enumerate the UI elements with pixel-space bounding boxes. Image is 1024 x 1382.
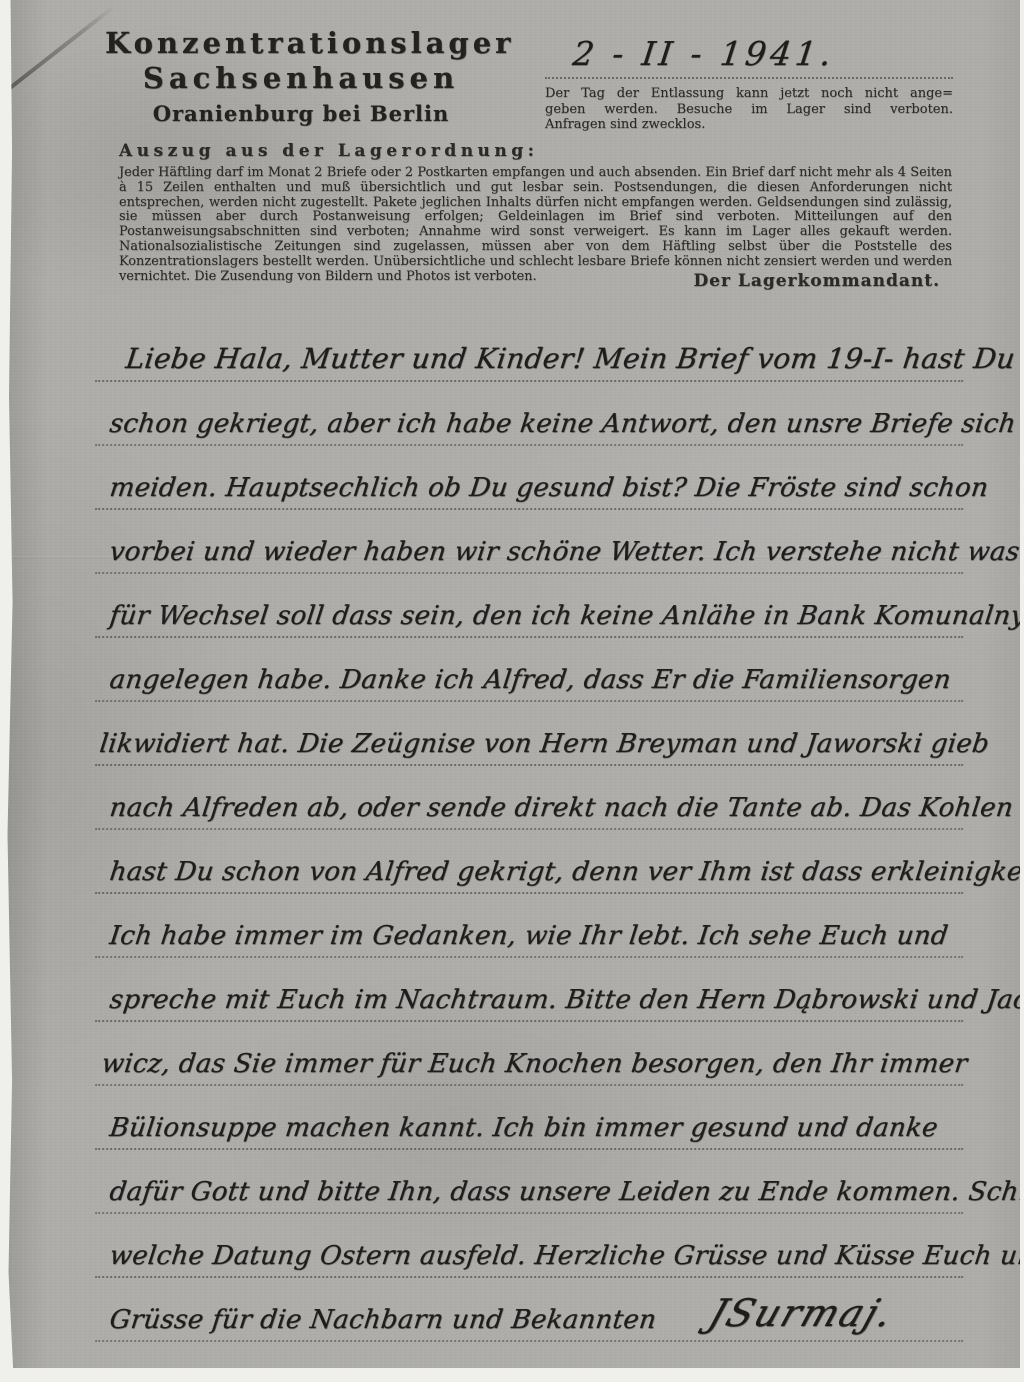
handwritten-date: 2 - II - 1941. [571,34,838,73]
handwritten-line: für Wechsel soll dass sein, den ich kein… [95,574,971,638]
date-rule-line: 2 - II - 1941. [545,34,953,79]
scanned-letter-page: Konzentrationslager Sachsenhausen Oranie… [7,0,1020,1368]
camp-regulations-section: Auszug aus der Lagerordnung: Jeder Häftl… [119,141,952,291]
handwritten-line: dafür Gott und bitte Ihn, dass unsere Le… [95,1150,971,1214]
handwritten-line: nach Alfreden ab, oder sende direkt nach… [95,766,971,830]
letterhead-camp-line2: Sachsenhausen [105,61,497,95]
handwritten-closing-line: Grüsse für die Nachbarn und Bekannten JS… [95,1278,971,1342]
handwritten-line: Ich habe immer im Gedanken, wie Ihr lebt… [95,894,971,958]
handwritten-line: meiden. Hauptsechlich ob Du gesund bist?… [95,446,971,510]
letterhead-location: Oranienburg bei Berlin [105,101,497,126]
handwritten-line: schon gekriegt, aber ich habe keine Antw… [95,382,971,446]
handwritten-line: Liebe Hala, Mutter und Kinder! Mein Brie… [95,318,971,382]
sender-signature: JSurmaj. [704,1291,901,1335]
date-and-notice-block: 2 - II - 1941. Der Tag der Entlassung ka… [545,34,953,133]
handwritten-line: vorbei und wieder haben wir schöne Wette… [95,510,971,574]
regulations-heading: Auszug aus der Lagerordnung: [119,141,952,161]
handwritten-letter: Liebe Hala, Mutter und Kinder! Mein Brie… [99,318,967,1342]
handwritten-line: welche Datung Ostern ausfeld. Herzliche … [95,1214,971,1278]
regulations-body: Jeder Häftling darf im Monat 2 Briefe od… [119,166,952,284]
paper-fold-mark [0,4,116,100]
letterhead-camp-line1: Konzentrationslager [105,26,497,60]
letterhead: Konzentrationslager Sachsenhausen Oranie… [105,26,497,126]
handwritten-line: wicz, das Sie immer für Euch Knochen bes… [95,1022,971,1086]
release-notice-line: geben werden. Besuche im Lager sind verb… [545,102,953,118]
handwritten-line: Bülionsuppe machen kannt. Ich bin immer … [95,1086,971,1150]
release-notice-line: Anfragen sind zwecklos. [545,117,953,133]
handwritten-line: angelegen habe. Danke ich Alfred, dass E… [95,638,971,702]
release-notice: Der Tag der Entlassung kann jetzt noch n… [545,86,953,133]
closing-text: Grüsse für die Nachbarn und Bekannten [108,1305,658,1335]
handwritten-line: spreche mit Euch im Nachtraum. Bitte den… [95,958,971,1022]
release-notice-line: Der Tag der Entlassung kann jetzt noch n… [545,86,953,102]
handwritten-line: likwidiert hat. Die Zeügnise von Hern Br… [95,702,971,766]
handwritten-line: hast Du schon von Alfred gekrigt, denn v… [95,830,971,894]
